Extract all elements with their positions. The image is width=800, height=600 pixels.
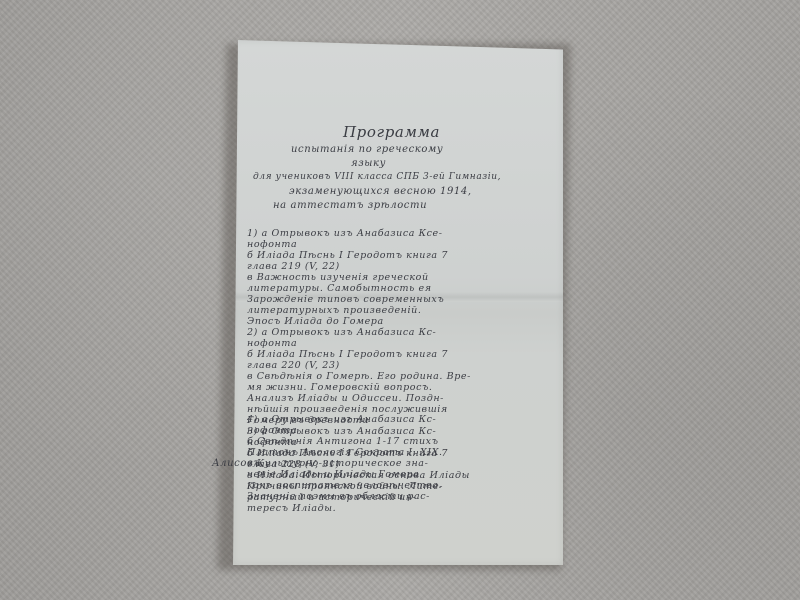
body-line: 1) а Отрывокъ изъ Анабазиса Ксе- [247,228,443,239]
body-line: глава 219 (V, 22) [247,261,340,272]
body-line: тересъ Иліады. [247,503,336,514]
body-line: б Иліада Пѣснь I Геродотъ книга 7 [247,250,448,261]
body-line: 4) а Отрывокъ изъ Анабазиса Кс- [247,414,436,425]
body-line: 2) а Отрывокъ изъ Анабазиса Кс- [247,327,436,338]
body-line: какъ воспитателя человѣчества. [247,480,442,491]
body-line: в Культурно-историческое зна- [247,458,428,469]
margin-note: Алисовъ [212,458,261,469]
body-line: нофонта [247,338,297,349]
body-line: б Иліада Пѣснь I Геродотъ книга 7 [247,349,448,360]
body-line: в Свѣдѣнія о Гомерѣ. Его родина. Вре- [247,371,471,382]
body-line: ченіе Иліады и Иліады Гомера [247,469,419,480]
subtitle-line-3: для учениковъ VIII класса СПБ 3-ей Гимна… [253,172,501,182]
body-line: в Важность изученія греческой [247,272,429,283]
body-line: Анализъ Иліады и Одиссеи. Поздн- [247,393,444,404]
body-line: Платонъ Апологія Сократа I. XIX. [247,447,443,458]
body-line: нофонта [247,425,297,436]
subtitle-line-1: испытанія по греческому [291,144,443,155]
body-line: Эпосъ Иліада до Гомера [247,316,384,327]
body-line: Значеніе поэмы въ области рас- [247,491,430,502]
body-line: литературныхъ произведеній. [247,305,422,316]
subtitle-line-5: на аттестатъ зрѣлости [273,200,427,211]
body-line: литературы. Самобытность ея [247,283,432,294]
body-line: глава 220 (V, 23) [247,360,340,371]
body-line: мя жизни. Гомеровскій вопросъ. [247,382,433,393]
subtitle-line-4: экзаменующихся весною 1914, [289,186,472,197]
document-title: Программа [343,123,440,141]
body-line: Зарожденіе типовъ современныхъ [247,294,444,305]
body-line: б Свѣдѣнія Антигона 1-17 стихъ [247,436,439,447]
subtitle-line-2: языку [351,158,386,169]
body-line: нофонта [247,239,297,250]
